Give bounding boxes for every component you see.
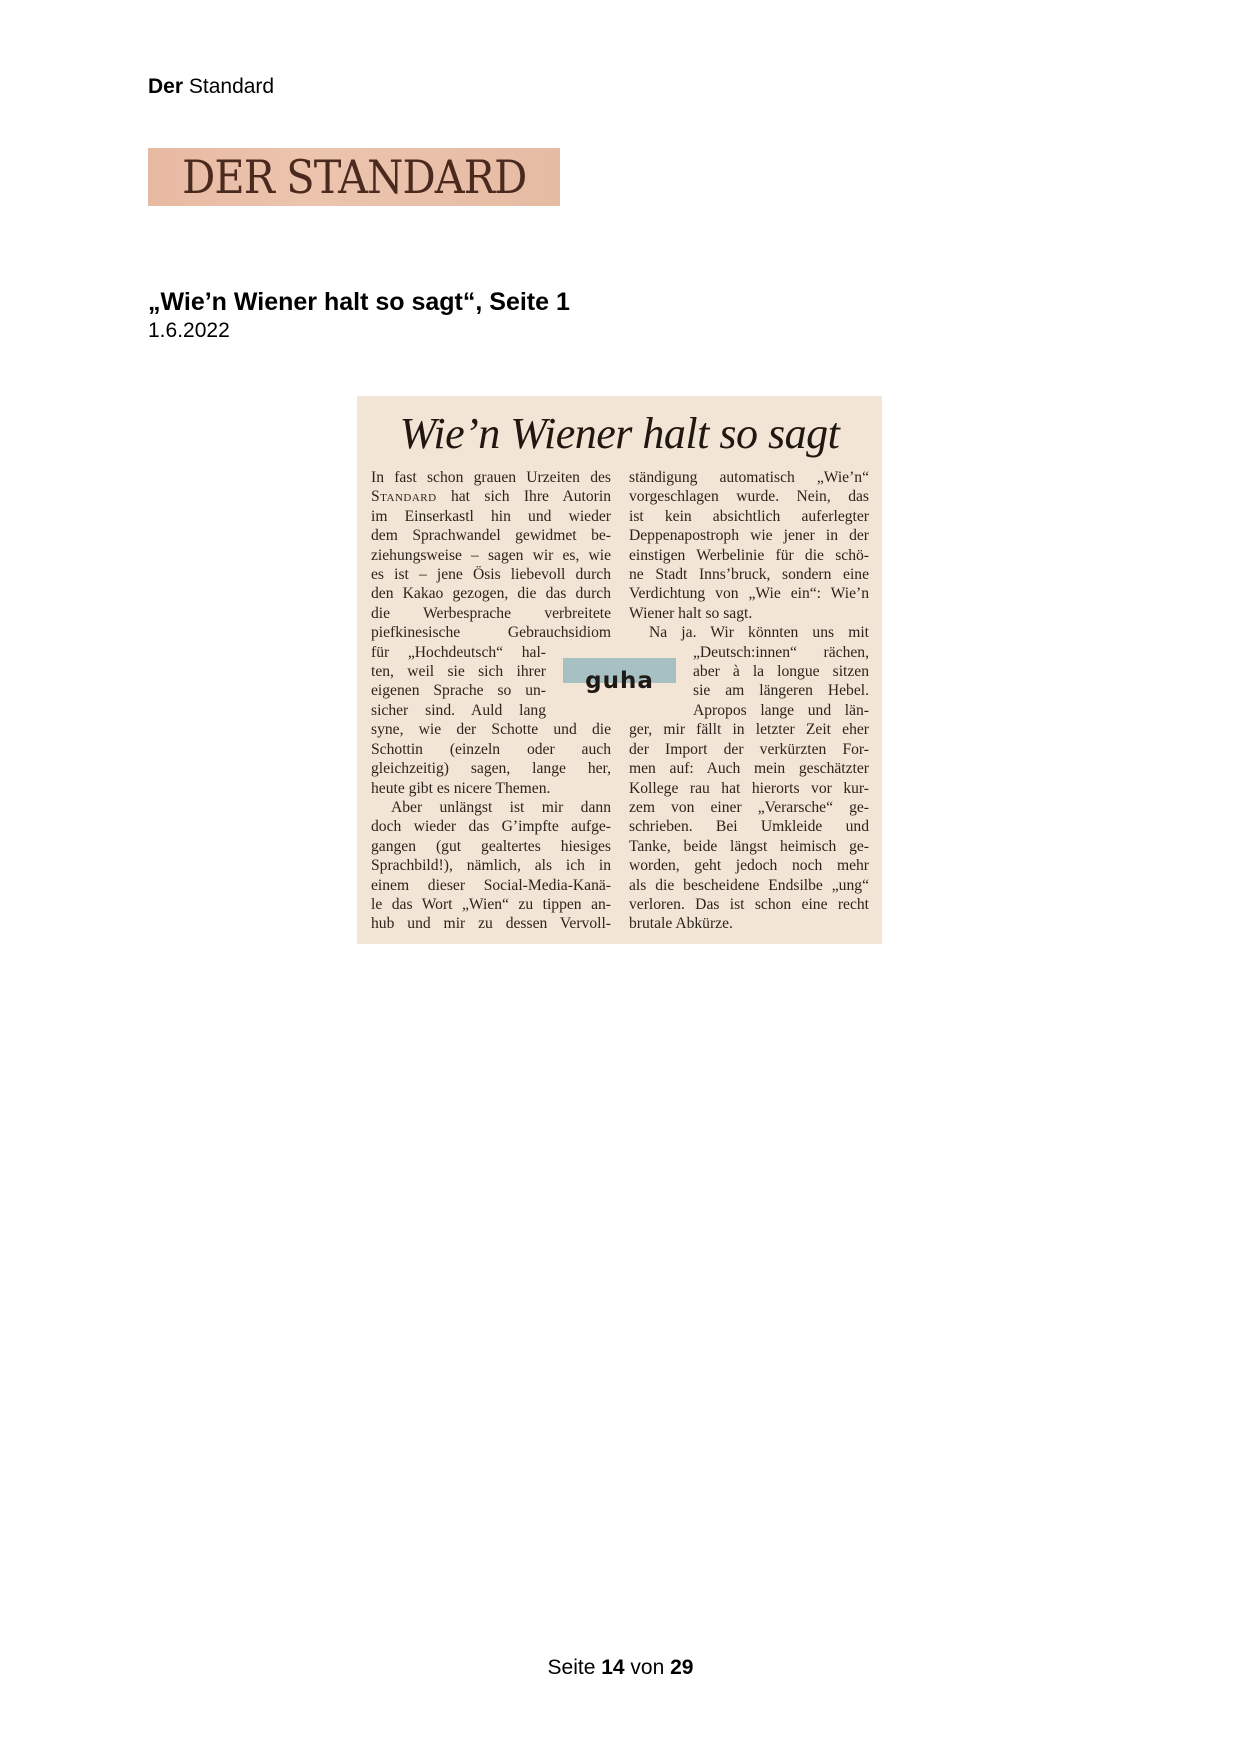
text-line: einstigen Werbelinie für die schö- (629, 546, 869, 565)
text-line: sie am längeren Hebel. (693, 681, 869, 700)
publication-name-bold: Der (148, 75, 183, 98)
text-line: Deppenapostroph wie jener in der (629, 526, 869, 545)
text-line: schrieben. Bei Umkleide und (629, 817, 869, 836)
text-line: dem Sprachwandel gewidmet be- (371, 526, 611, 545)
text-line: einem dieser Social-Media-Kanä- (371, 876, 611, 895)
document-date: 1.6.2022 (148, 318, 230, 344)
text-line: für „Hochdeutsch“ hal- (371, 643, 546, 662)
text-line: Schottin (einzeln oder auch (371, 740, 611, 759)
text-line: als die bescheidene Endsilbe „ung“ (629, 876, 869, 895)
text-line: ständigung automatisch „Wie’n“ (629, 468, 869, 487)
text-line: Tanke, beide längst heimisch ge- (629, 837, 869, 856)
text-line: ist kein absichtlich auferlegter (629, 507, 869, 526)
publication-name-rest: Standard (183, 75, 274, 98)
page-label: Seite (548, 1656, 602, 1679)
publication-name: Der Standard (148, 74, 274, 100)
text-line: Apropos lange und län- (693, 701, 869, 720)
current-page-number: 14 (601, 1656, 624, 1679)
text-line: „Deutsch:innen“ rächen, (693, 643, 869, 662)
text-line: heute gibt es nicere Themen. (371, 779, 611, 798)
text-line: syne, wie der Schotte und die (371, 720, 611, 739)
total-pages-number: 29 (670, 1656, 693, 1679)
text-line: verloren. Das ist schon eine recht (629, 895, 869, 914)
article-column-right: ständigung automatisch „Wie’n“ vorgeschl… (629, 468, 869, 934)
text-line: der Import der verkürzten For- (629, 740, 869, 759)
text-line: In fast schon grauen Urzeiten des (371, 468, 611, 487)
text-line: Wiener halt so sagt. (629, 604, 869, 623)
text-line: ger, mir fällt in letzter Zeit eher (629, 720, 869, 739)
masthead-logo: Der Standard (148, 148, 560, 206)
text-line: Verdichtung von „Wie ein“: Wie’n (629, 584, 869, 603)
text-line: die Werbesprache verbreitete (371, 604, 611, 623)
text-line: doch wieder das G’impfte aufge- (371, 817, 611, 836)
text-line: Kollege rau hat hierorts vor kur- (629, 779, 869, 798)
text-line: vorgeschlagen wurde. Nein, das (629, 487, 869, 506)
text-line: brutale Abkürze. (629, 914, 869, 933)
article-column-left: In fast schon grauen Urzeiten des Standa… (371, 468, 611, 934)
text-line: eigenen Sprache so un- (371, 681, 546, 700)
text-line: Aber unlängst ist mir dann (371, 798, 611, 817)
text-line: es ist – jene Ösis liebevoll durch (371, 565, 611, 584)
text-line: gangen (gut gealtertes hiesiges (371, 837, 611, 856)
text-line: aber à la longue sitzen (693, 662, 869, 681)
text-line: im Einserkastl hin und wieder (371, 507, 611, 526)
document-title: „Wie’n Wiener halt so sagt“, Seite 1 (148, 287, 570, 317)
text-line: zem von einer „Verarsche“ ge- (629, 798, 869, 817)
text-line: worden, geht jedoch noch mehr (629, 856, 869, 875)
text-line: ziehungsweise – sagen wir es, wie (371, 546, 611, 565)
text-line: den Kakao gezogen, die das durch (371, 584, 611, 603)
newspaper-clipping: Wie’n Wiener halt so sagt In fast schon … (357, 396, 882, 944)
text-line: Na ja. Wir könnten uns mit (629, 623, 869, 642)
masthead-logo-text: Der Standard (182, 150, 526, 204)
text-line: hub und mir zu dessen Vervoll- (371, 914, 611, 933)
text-line: piefkinesische Gebrauchsidiom (371, 623, 611, 642)
clipping-headline: Wie’n Wiener halt so sagt (357, 408, 882, 459)
text-line: ne Stadt Inns’bruck, sondern eine (629, 565, 869, 584)
page-of-label: von (625, 1656, 671, 1679)
page-footer: Seite 14 von 29 (0, 1656, 1241, 1680)
standard-smallcaps: Standard (371, 488, 437, 505)
text-line: le das Wort „Wien“ zu tippen an- (371, 895, 611, 914)
text-line: Standard hat sich Ihre Autorin (371, 487, 611, 506)
text-line: Sprachbild!), nämlich, als ich in (371, 856, 611, 875)
text-line: ten, weil sie sich ihrer (371, 662, 546, 681)
text-line: sicher sind. Auld lang (371, 701, 546, 720)
text-line: men auf: Auch mein geschätzter (629, 759, 869, 778)
text-line: gleichzeitig) sagen, lange her, (371, 759, 611, 778)
